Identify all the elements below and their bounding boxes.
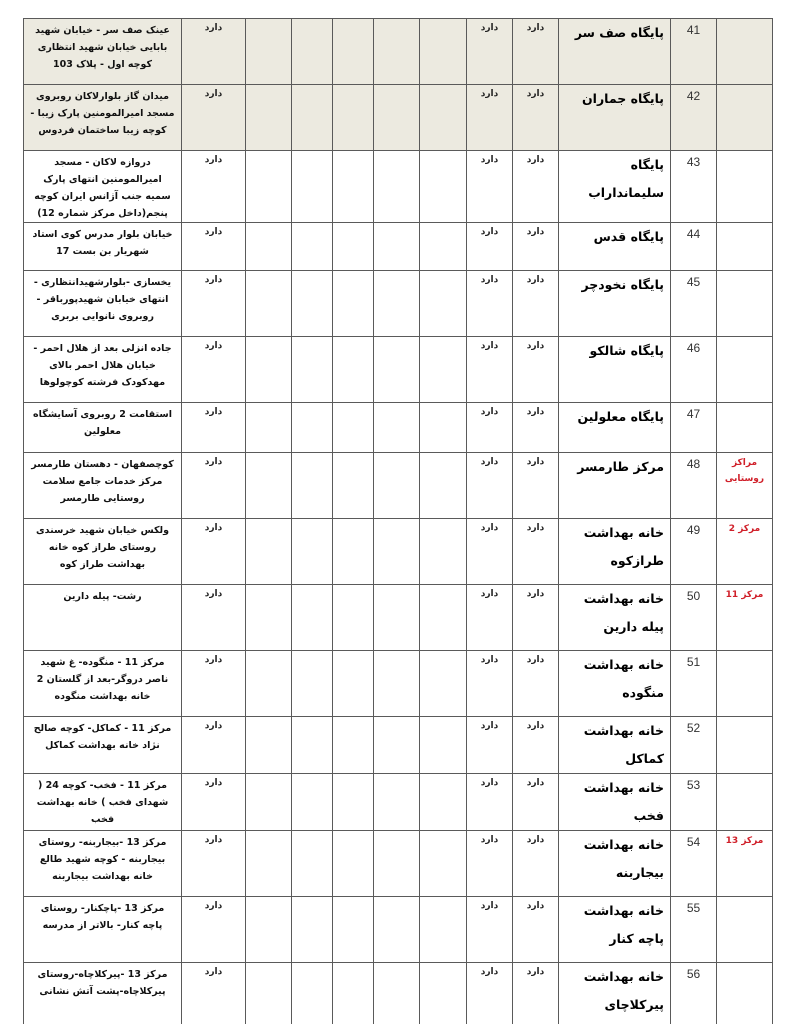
facility-name: خانه بهداشت منگوده <box>559 651 670 707</box>
name-cell: پایگاه صف سر <box>559 19 671 85</box>
region-label <box>717 403 772 405</box>
name-cell: خانه بهداشت پاچه کنار <box>559 897 671 963</box>
address-text: مرکز 13 -پاچکنار- روستای پاچه کنار- بالا… <box>24 897 181 934</box>
name-cell: پایگاه سلیمانداراب <box>559 151 671 223</box>
flag-text: دارد <box>467 717 512 731</box>
region-cell: مرکز 11 <box>717 585 773 651</box>
flag-cell-3: دارد <box>513 585 559 651</box>
flag-cell-3: دارد <box>513 151 559 223</box>
flag-text: دارد <box>182 337 245 351</box>
row-number: 50 <box>687 589 700 603</box>
empty-cell <box>420 19 467 85</box>
empty-cell <box>374 151 420 223</box>
empty-cell <box>333 585 374 651</box>
empty-cell <box>333 831 374 897</box>
number-cell: 52 <box>671 717 717 774</box>
empty-cell <box>246 271 292 337</box>
name-cell: پایگاه قدس <box>559 223 671 271</box>
empty-cell <box>420 717 467 774</box>
empty-cell <box>333 403 374 453</box>
empty-cell <box>246 403 292 453</box>
flag-text: دارد <box>182 774 245 788</box>
row-number: 54 <box>687 835 700 849</box>
flag-cell-3: دارد <box>513 271 559 337</box>
region-cell <box>717 963 773 1024</box>
number-cell: 48 <box>671 453 717 519</box>
flag-text: دارد <box>467 963 512 977</box>
row-number: 44 <box>687 227 700 241</box>
row-number: 48 <box>687 457 700 471</box>
address-text: جاده انزلی بعد از هلال احمر - خیابان هلا… <box>24 337 181 391</box>
flag-cell-1: دارد <box>182 774 246 831</box>
empty-cell <box>246 223 292 271</box>
empty-cell <box>374 403 420 453</box>
region-cell <box>717 774 773 831</box>
empty-cell <box>292 774 333 831</box>
region-cell <box>717 337 773 403</box>
empty-cell <box>333 774 374 831</box>
facility-name: پایگاه نخودچر <box>559 271 670 299</box>
empty-cell <box>246 519 292 585</box>
empty-cell <box>374 831 420 897</box>
facility-name: پایگاه قدس <box>559 223 670 251</box>
region-cell <box>717 271 773 337</box>
address-text: رشت- پیله دارین <box>24 585 181 605</box>
region-label <box>717 717 772 719</box>
region-label <box>717 151 772 153</box>
region-cell <box>717 223 773 271</box>
empty-cell <box>374 85 420 151</box>
number-cell: 56 <box>671 963 717 1024</box>
flag-text: دارد <box>513 85 558 99</box>
empty-cell <box>292 453 333 519</box>
table-row: مرکز 13 -پیرکلاچاه-روستای پیرکلاچاه-پشت … <box>24 963 773 1024</box>
name-cell: خانه بهداشت کماکل <box>559 717 671 774</box>
address-text: مرکز 11 - فخب- کوچه 24 ( شهدای فخب ) خان… <box>24 774 181 828</box>
row-number: 55 <box>687 901 700 915</box>
empty-cell <box>246 85 292 151</box>
empty-cell <box>333 651 374 717</box>
flag-cell-2: دارد <box>467 519 513 585</box>
flag-cell-1: دارد <box>182 651 246 717</box>
empty-cell <box>333 151 374 223</box>
name-cell: خانه بهداشت بیجاربنه <box>559 831 671 897</box>
empty-cell <box>333 453 374 519</box>
row-number: 45 <box>687 275 700 289</box>
table-row: خیابان بلوار مدرس کوی استاد شهریار بن بس… <box>24 223 773 271</box>
address-cell: عینک صف سر - خیابان شهید بابایی خیابان ش… <box>24 19 182 85</box>
flag-text: دارد <box>467 774 512 788</box>
row-number: 46 <box>687 341 700 355</box>
flag-cell-2: دارد <box>467 151 513 223</box>
empty-cell <box>420 831 467 897</box>
facility-name: خانه بهداشت فخب <box>559 774 670 830</box>
facility-name: خانه بهداشت بیجاربنه <box>559 831 670 887</box>
address-text: یخسازی -بلوارشهیدانتظاری - انتهای خیابان… <box>24 271 181 325</box>
flag-cell-1: دارد <box>182 963 246 1024</box>
flag-cell-3: دارد <box>513 519 559 585</box>
document-page: عینک صف سر - خیابان شهید بابایی خیابان ش… <box>0 0 791 1024</box>
facility-name: پایگاه صف سر <box>559 19 670 47</box>
number-cell: 49 <box>671 519 717 585</box>
empty-cell <box>246 585 292 651</box>
address-cell: مرکز 11 - منگوده- غ شهید ناصر دروگر-بعد … <box>24 651 182 717</box>
table-row: ولکس خیابان شهید خرسندی روستای طراز کوه … <box>24 519 773 585</box>
facility-name: خانه بهداشت پیله دارین <box>559 585 670 641</box>
empty-cell <box>246 831 292 897</box>
name-cell: خانه بهداشت منگوده <box>559 651 671 717</box>
address-text: مرکز 13 -بیجاربنه- روستای بیجاربنه - کوچ… <box>24 831 181 885</box>
empty-cell <box>333 85 374 151</box>
flag-cell-3: دارد <box>513 403 559 453</box>
number-cell: 47 <box>671 403 717 453</box>
empty-cell <box>374 585 420 651</box>
facility-name: خانه بهداشت طرازکوه <box>559 519 670 575</box>
flag-text: دارد <box>182 151 245 165</box>
empty-cell <box>333 717 374 774</box>
flag-text: دارد <box>467 453 512 467</box>
flag-text: دارد <box>513 585 558 599</box>
row-number: 56 <box>687 967 700 981</box>
flag-cell-1: دارد <box>182 585 246 651</box>
empty-cell <box>374 519 420 585</box>
flag-cell-1: دارد <box>182 337 246 403</box>
region-label: مرکز 13 <box>717 831 772 849</box>
flag-cell-1: دارد <box>182 519 246 585</box>
empty-cell <box>333 963 374 1024</box>
flag-cell-2: دارد <box>467 453 513 519</box>
address-cell: میدان گاز بلوارلاکان روبروی مسجد امیرالم… <box>24 85 182 151</box>
flag-text: دارد <box>182 453 245 467</box>
address-text: ولکس خیابان شهید خرسندی روستای طراز کوه … <box>24 519 181 573</box>
region-label <box>717 651 772 653</box>
flag-text: دارد <box>467 651 512 665</box>
address-cell: دروازه لاکان - مسجد امیرالمومنین انتهای … <box>24 151 182 223</box>
name-cell: پایگاه نخودچر <box>559 271 671 337</box>
empty-cell <box>246 897 292 963</box>
flag-cell-1: دارد <box>182 271 246 337</box>
flag-text: دارد <box>513 271 558 285</box>
region-label <box>717 774 772 776</box>
table-row: مرکز 11 - کماکل- کوچه صالح نژاد خانه بهد… <box>24 717 773 774</box>
address-text: مرکز 11 - منگوده- غ شهید ناصر دروگر-بعد … <box>24 651 181 705</box>
row-number: 47 <box>687 407 700 421</box>
flag-text: دارد <box>513 774 558 788</box>
flag-text: دارد <box>513 963 558 977</box>
empty-cell <box>374 774 420 831</box>
name-cell: خانه بهداشت فخب <box>559 774 671 831</box>
empty-cell <box>292 403 333 453</box>
empty-cell <box>374 453 420 519</box>
address-text: مرکز 11 - کماکل- کوچه صالح نژاد خانه بهد… <box>24 717 181 754</box>
table-row: استقامت 2 روبروی آسایشگاه معلولین دارد د… <box>24 403 773 453</box>
flag-text: دارد <box>513 651 558 665</box>
name-cell: خانه بهداشت پیرکلاچای <box>559 963 671 1024</box>
table-row: مرکز 11 - فخب- کوچه 24 ( شهدای فخب ) خان… <box>24 774 773 831</box>
table-row: دروازه لاکان - مسجد امیرالمومنین انتهای … <box>24 151 773 223</box>
facility-name: خانه بهداشت کماکل <box>559 717 670 773</box>
flag-text: دارد <box>467 337 512 351</box>
address-cell: مرکز 13 -پیرکلاچاه-روستای پیرکلاچاه-پشت … <box>24 963 182 1024</box>
flag-cell-1: دارد <box>182 453 246 519</box>
empty-cell <box>246 151 292 223</box>
flag-cell-2: دارد <box>467 85 513 151</box>
flag-text: دارد <box>467 85 512 99</box>
empty-cell <box>374 717 420 774</box>
flag-cell-2: دارد <box>467 585 513 651</box>
row-number: 41 <box>687 23 700 37</box>
empty-cell <box>374 897 420 963</box>
region-label <box>717 85 772 87</box>
flag-cell-3: دارد <box>513 774 559 831</box>
flag-text: دارد <box>182 223 245 237</box>
flag-text: دارد <box>513 19 558 33</box>
empty-cell <box>420 963 467 1024</box>
name-cell: پایگاه معلولین <box>559 403 671 453</box>
empty-cell <box>420 271 467 337</box>
number-cell: 42 <box>671 85 717 151</box>
empty-cell <box>246 453 292 519</box>
empty-cell <box>292 271 333 337</box>
empty-cell <box>420 151 467 223</box>
flag-text: دارد <box>467 271 512 285</box>
empty-cell <box>420 897 467 963</box>
empty-cell <box>292 337 333 403</box>
region-cell <box>717 85 773 151</box>
empty-cell <box>420 651 467 717</box>
empty-cell <box>374 223 420 271</box>
empty-cell <box>292 963 333 1024</box>
empty-cell <box>333 271 374 337</box>
empty-cell <box>333 19 374 85</box>
flag-text: دارد <box>182 85 245 99</box>
table-row: جاده انزلی بعد از هلال احمر - خیابان هلا… <box>24 337 773 403</box>
empty-cell <box>333 337 374 403</box>
number-cell: 41 <box>671 19 717 85</box>
flag-cell-1: دارد <box>182 831 246 897</box>
empty-cell <box>374 271 420 337</box>
table-row: میدان گاز بلوارلاکان روبروی مسجد امیرالم… <box>24 85 773 151</box>
empty-cell <box>246 19 292 85</box>
empty-cell <box>292 897 333 963</box>
address-cell: خیابان بلوار مدرس کوی استاد شهریار بن بس… <box>24 223 182 271</box>
number-cell: 53 <box>671 774 717 831</box>
region-label <box>717 223 772 225</box>
flag-cell-2: دارد <box>467 651 513 717</box>
table-row: مرکز 13 -پاچکنار- روستای پاچه کنار- بالا… <box>24 897 773 963</box>
flag-cell-3: دارد <box>513 717 559 774</box>
region-label <box>717 19 772 21</box>
flag-text: دارد <box>513 403 558 417</box>
address-cell: یخسازی -بلوارشهیدانتظاری - انتهای خیابان… <box>24 271 182 337</box>
empty-cell <box>292 19 333 85</box>
address-text: دروازه لاکان - مسجد امیرالمومنین انتهای … <box>24 151 181 222</box>
empty-cell <box>420 585 467 651</box>
address-text: استقامت 2 روبروی آسایشگاه معلولین <box>24 403 181 440</box>
facility-name: پایگاه جماران <box>559 85 670 113</box>
empty-cell <box>292 223 333 271</box>
empty-cell <box>420 223 467 271</box>
region-label <box>717 963 772 965</box>
flag-text: دارد <box>182 19 245 33</box>
region-cell <box>717 151 773 223</box>
flag-cell-3: دارد <box>513 19 559 85</box>
flag-cell-1: دارد <box>182 223 246 271</box>
flag-cell-2: دارد <box>467 19 513 85</box>
flag-cell-3: دارد <box>513 85 559 151</box>
facility-name: خانه بهداشت پاچه کنار <box>559 897 670 953</box>
table-row: یخسازی -بلوارشهیدانتظاری - انتهای خیابان… <box>24 271 773 337</box>
region-label: مراکز روستایی <box>717 453 772 487</box>
facilities-table: عینک صف سر - خیابان شهید بابایی خیابان ش… <box>23 18 773 1024</box>
table-row: عینک صف سر - خیابان شهید بابایی خیابان ش… <box>24 19 773 85</box>
number-cell: 44 <box>671 223 717 271</box>
empty-cell <box>292 651 333 717</box>
empty-cell <box>292 85 333 151</box>
empty-cell <box>292 831 333 897</box>
flag-text: دارد <box>182 717 245 731</box>
empty-cell <box>420 337 467 403</box>
flag-text: دارد <box>182 831 245 845</box>
flag-text: دارد <box>182 897 245 911</box>
empty-cell <box>246 774 292 831</box>
flag-cell-1: دارد <box>182 897 246 963</box>
address-text: میدان گاز بلوارلاکان روبروی مسجد امیرالم… <box>24 85 181 139</box>
facility-name: خانه بهداشت پیرکلاچای <box>559 963 670 1019</box>
flag-cell-1: دارد <box>182 19 246 85</box>
empty-cell <box>246 717 292 774</box>
number-cell: 46 <box>671 337 717 403</box>
flag-text: دارد <box>467 19 512 33</box>
flag-cell-2: دارد <box>467 403 513 453</box>
flag-cell-1: دارد <box>182 717 246 774</box>
number-cell: 54 <box>671 831 717 897</box>
empty-cell <box>333 897 374 963</box>
flag-text: دارد <box>182 403 245 417</box>
table-row: مرکز 11 - منگوده- غ شهید ناصر دروگر-بعد … <box>24 651 773 717</box>
address-text: عینک صف سر - خیابان شهید بابایی خیابان ش… <box>24 19 181 73</box>
region-cell <box>717 651 773 717</box>
flag-text: دارد <box>513 717 558 731</box>
address-text: کوچصفهان - دهستان طارمسر مرکز خدمات جامع… <box>24 453 181 507</box>
flag-cell-1: دارد <box>182 151 246 223</box>
name-cell: پایگاه جماران <box>559 85 671 151</box>
flag-cell-3: دارد <box>513 223 559 271</box>
address-cell: رشت- پیله دارین <box>24 585 182 651</box>
empty-cell <box>420 85 467 151</box>
facility-name: مرکز طارمسر <box>559 453 670 481</box>
flag-cell-2: دارد <box>467 963 513 1024</box>
flag-cell-3: دارد <box>513 963 559 1024</box>
flag-cell-2: دارد <box>467 774 513 831</box>
empty-cell <box>292 717 333 774</box>
region-cell <box>717 19 773 85</box>
flag-text: دارد <box>182 271 245 285</box>
empty-cell <box>420 519 467 585</box>
address-cell: ولکس خیابان شهید خرسندی روستای طراز کوه … <box>24 519 182 585</box>
flag-cell-2: دارد <box>467 337 513 403</box>
region-label <box>717 271 772 273</box>
flag-text: دارد <box>513 151 558 165</box>
number-cell: 50 <box>671 585 717 651</box>
table-row: مرکز 13 -بیجاربنه- روستای بیجاربنه - کوچ… <box>24 831 773 897</box>
flag-text: دارد <box>513 519 558 533</box>
number-cell: 51 <box>671 651 717 717</box>
flag-cell-1: دارد <box>182 403 246 453</box>
name-cell: مرکز طارمسر <box>559 453 671 519</box>
flag-cell-3: دارد <box>513 453 559 519</box>
facility-name: پایگاه سلیمانداراب <box>559 151 670 207</box>
flag-text: دارد <box>513 897 558 911</box>
flag-text: دارد <box>513 831 558 845</box>
flag-cell-1: دارد <box>182 85 246 151</box>
empty-cell <box>374 337 420 403</box>
flag-text: دارد <box>182 963 245 977</box>
number-cell: 45 <box>671 271 717 337</box>
region-cell <box>717 717 773 774</box>
empty-cell <box>420 403 467 453</box>
facility-name: پایگاه شالکو <box>559 337 670 365</box>
facility-name: پایگاه معلولین <box>559 403 670 431</box>
region-label: مرکز 2 <box>717 519 772 537</box>
row-number: 53 <box>687 778 700 792</box>
region-cell <box>717 403 773 453</box>
empty-cell <box>374 963 420 1024</box>
region-label: مرکز 11 <box>717 585 772 603</box>
row-number: 51 <box>687 655 700 669</box>
address-cell: مرکز 13 -بیجاربنه- روستای بیجاربنه - کوچ… <box>24 831 182 897</box>
flag-text: دارد <box>467 897 512 911</box>
number-cell: 43 <box>671 151 717 223</box>
number-cell: 55 <box>671 897 717 963</box>
flag-text: دارد <box>467 403 512 417</box>
flag-text: دارد <box>182 519 245 533</box>
flag-text: دارد <box>182 651 245 665</box>
address-cell: استقامت 2 روبروی آسایشگاه معلولین <box>24 403 182 453</box>
address-cell: جاده انزلی بعد از هلال احمر - خیابان هلا… <box>24 337 182 403</box>
region-cell: مرکز 13 <box>717 831 773 897</box>
empty-cell <box>292 585 333 651</box>
region-cell <box>717 897 773 963</box>
flag-cell-2: دارد <box>467 897 513 963</box>
region-cell: مرکز 2 <box>717 519 773 585</box>
region-label <box>717 337 772 339</box>
address-text: خیابان بلوار مدرس کوی استاد شهریار بن بس… <box>24 223 181 260</box>
empty-cell <box>292 151 333 223</box>
row-number: 52 <box>687 721 700 735</box>
name-cell: خانه بهداشت طرازکوه <box>559 519 671 585</box>
address-text: مرکز 13 -پیرکلاچاه-روستای پیرکلاچاه-پشت … <box>24 963 181 1000</box>
empty-cell <box>420 453 467 519</box>
flag-cell-2: دارد <box>467 831 513 897</box>
empty-cell <box>246 337 292 403</box>
name-cell: خانه بهداشت پیله دارین <box>559 585 671 651</box>
empty-cell <box>420 774 467 831</box>
region-cell: مراکز روستایی <box>717 453 773 519</box>
flag-cell-2: دارد <box>467 717 513 774</box>
empty-cell <box>292 519 333 585</box>
row-number: 49 <box>687 523 700 537</box>
flag-cell-3: دارد <box>513 831 559 897</box>
flag-text: دارد <box>513 453 558 467</box>
address-cell: کوچصفهان - دهستان طارمسر مرکز خدمات جامع… <box>24 453 182 519</box>
row-number: 43 <box>687 155 700 169</box>
flag-cell-3: دارد <box>513 897 559 963</box>
flag-text: دارد <box>513 223 558 237</box>
table-row: رشت- پیله دارین دارد دارد دارد خانه بهدا… <box>24 585 773 651</box>
region-label <box>717 897 772 899</box>
empty-cell <box>333 223 374 271</box>
